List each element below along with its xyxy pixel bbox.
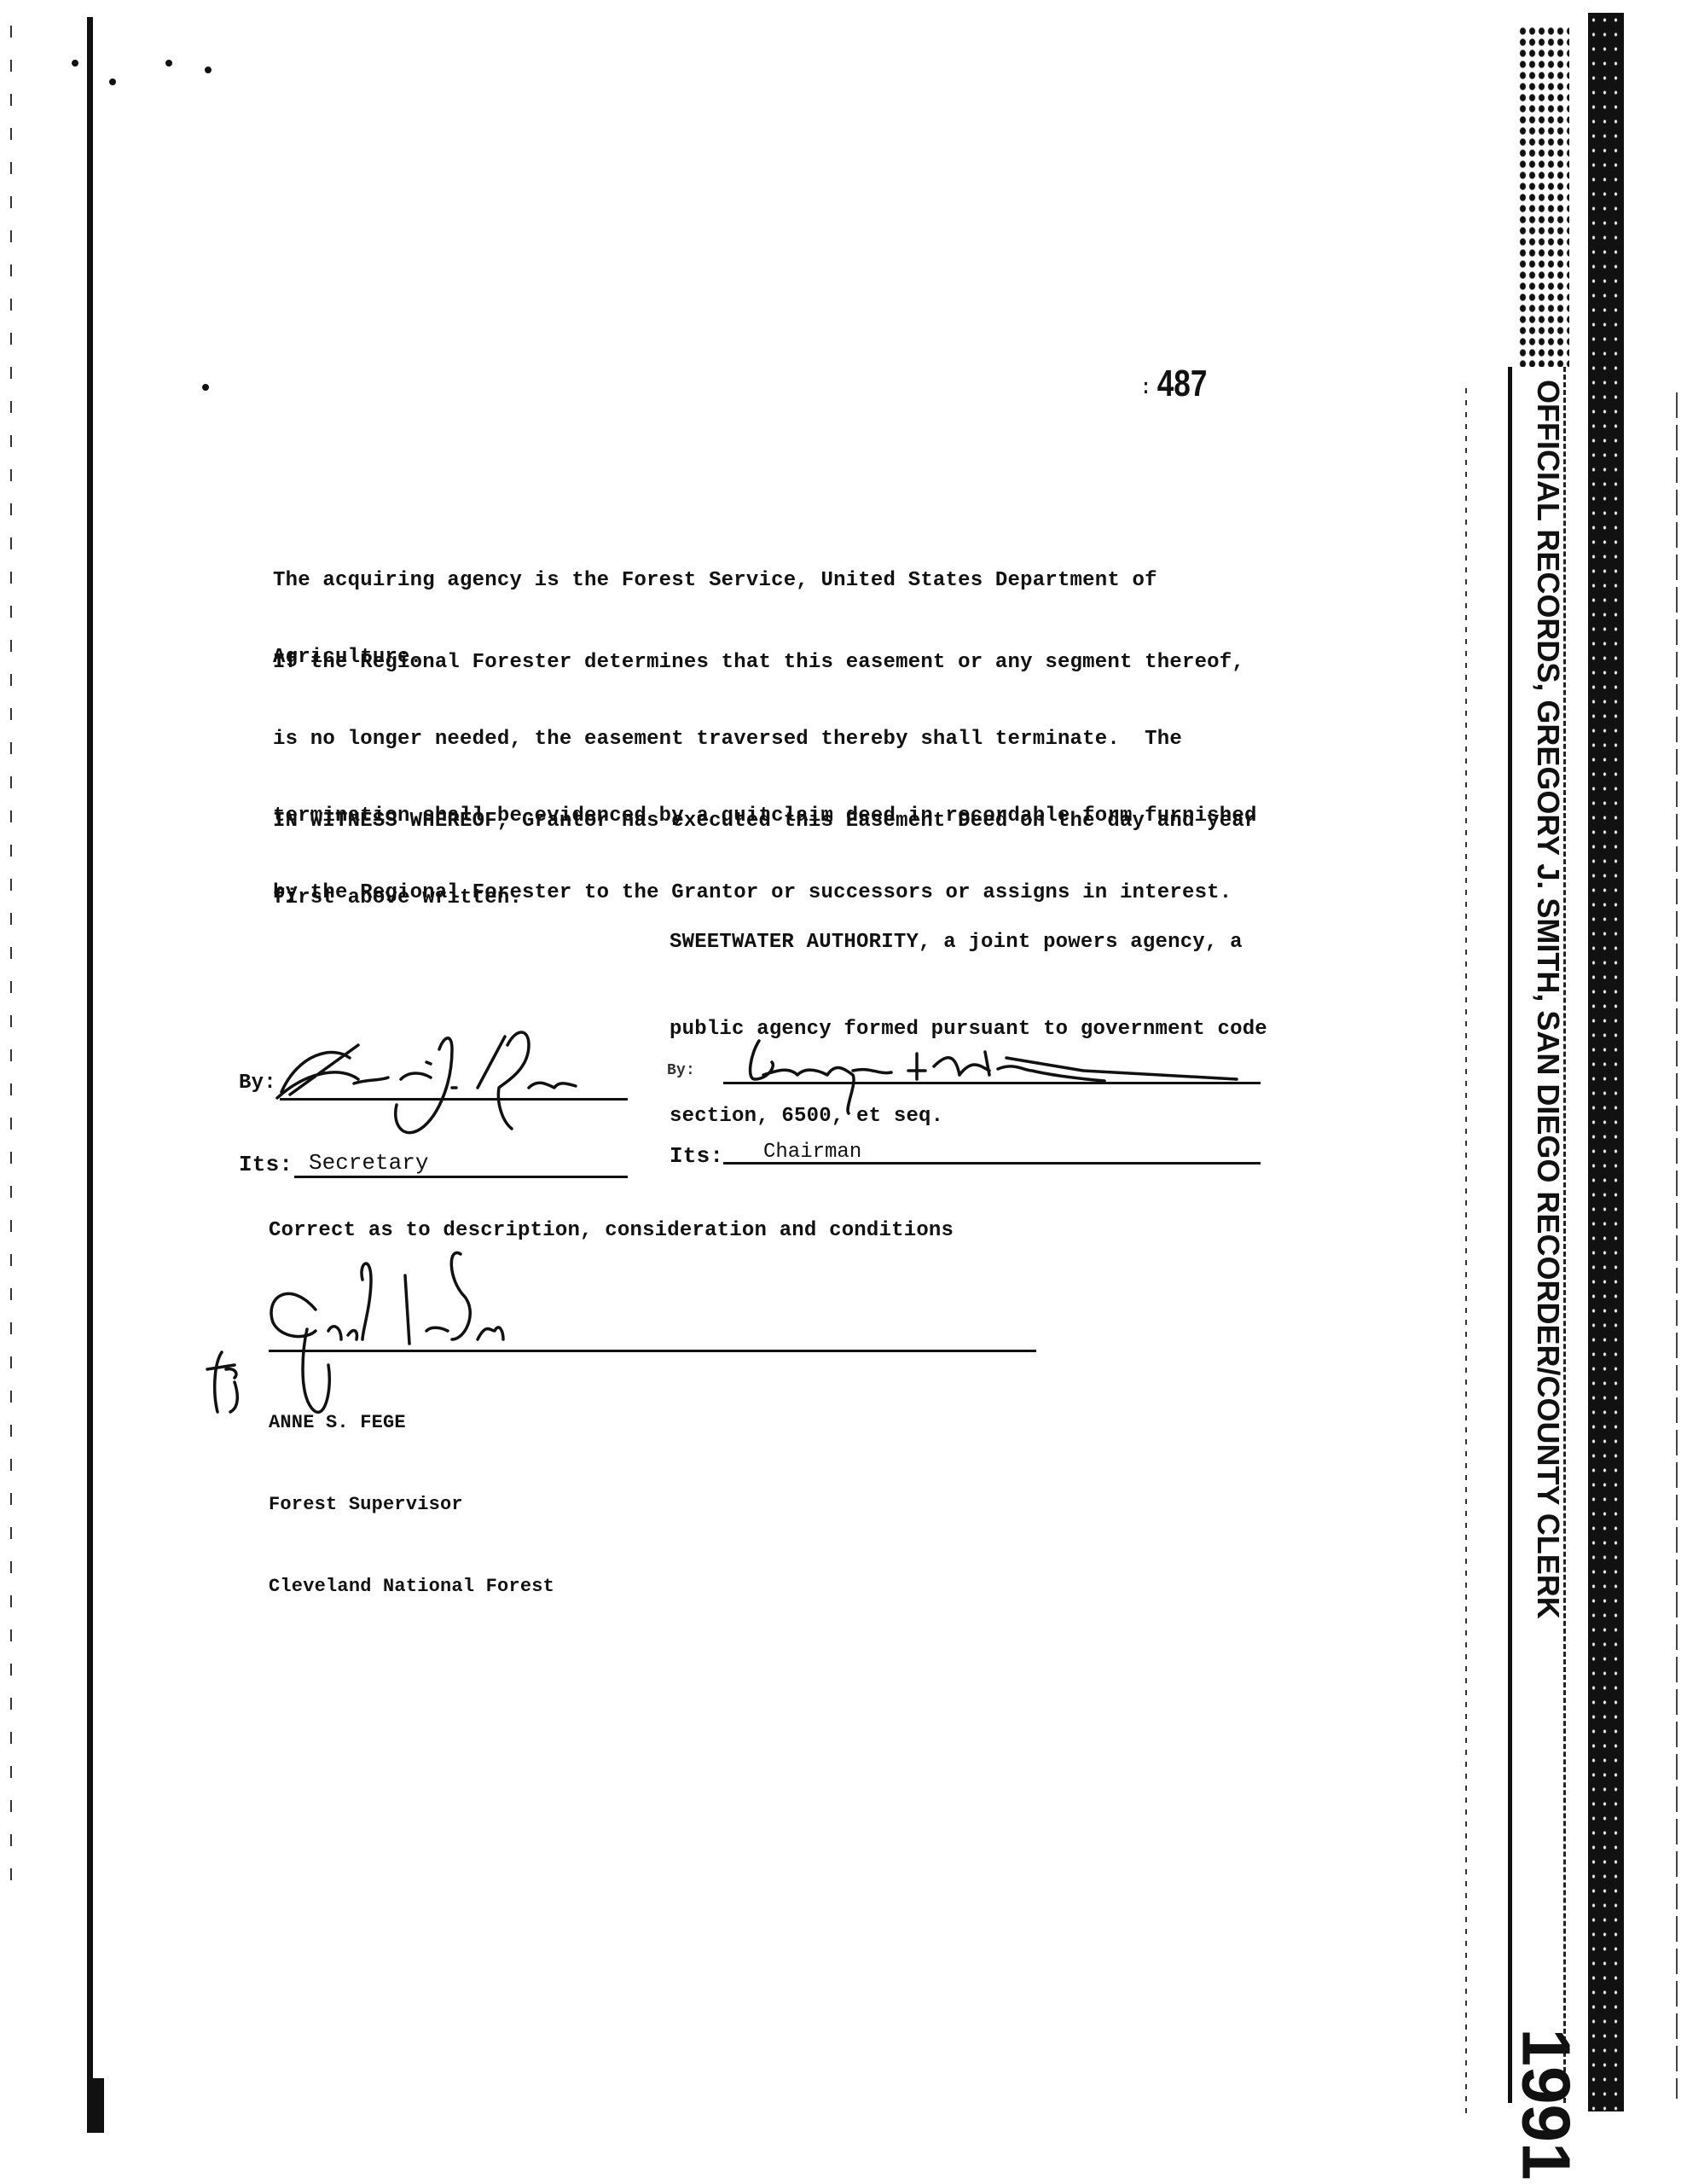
page-number-mark: : xyxy=(1143,373,1149,398)
signer-name: ANNE S. FEGE xyxy=(269,1409,554,1437)
right-title-line xyxy=(723,1162,1261,1165)
text-line: is no longer needed, the easement traver… xyxy=(273,727,1257,752)
scan-speck xyxy=(72,60,78,67)
signer-position: Forest Supervisor xyxy=(269,1491,554,1519)
right-margin-dashes xyxy=(1676,392,1678,2099)
left-title: Secretary xyxy=(309,1150,428,1176)
recorder-stamp-number: 1991 xyxy=(1495,2029,1593,2106)
approval-statement: Correct as to description, consideration… xyxy=(269,1218,954,1244)
stamp-noise xyxy=(1518,26,1569,367)
scan-speck xyxy=(165,60,172,67)
scan-edge-strip xyxy=(1588,13,1624,2111)
approval-signature-line xyxy=(269,1350,1036,1352)
scan-speck xyxy=(109,78,116,85)
left-by-label: By: xyxy=(239,1071,276,1096)
stamp-edge-dashes xyxy=(1465,388,1467,2120)
scan-speck xyxy=(202,384,209,391)
text-line: If the Regional Forester determines that… xyxy=(273,650,1257,676)
scan-margin-dashes xyxy=(10,26,12,1885)
left-title-line xyxy=(294,1176,628,1178)
signer-unit: Cleveland National Forest xyxy=(269,1573,554,1600)
right-its-label: Its: xyxy=(670,1143,723,1169)
text-line: IN WITNESS WHEREOF, Grantor has executed… xyxy=(273,809,1257,834)
left-signature xyxy=(273,1019,631,1165)
binding-edge-tab xyxy=(87,2078,104,2133)
recorder-stamp-text: OFFICIAL RECORDS, GREGORY J. SMITH, SAN … xyxy=(1530,380,1566,1619)
right-title: Chairman xyxy=(763,1141,861,1164)
page-number: : 487 xyxy=(1143,363,1207,405)
text-line: SWEETWATER AUTHORITY, a joint powers age… xyxy=(670,928,1267,957)
page-number-value: 487 xyxy=(1157,363,1208,404)
scan-speck xyxy=(205,67,212,73)
right-by-label: By: xyxy=(667,1058,695,1083)
approval-signer: ANNE S. FEGE Forest Supervisor Cleveland… xyxy=(269,1355,554,1628)
left-its-label: Its: xyxy=(239,1152,293,1177)
binding-edge-bar xyxy=(87,17,93,2133)
text-line: The acquiring agency is the Forest Servi… xyxy=(273,568,1157,594)
for-handwritten-mark xyxy=(200,1344,252,1429)
right-signature xyxy=(725,1028,1271,1122)
